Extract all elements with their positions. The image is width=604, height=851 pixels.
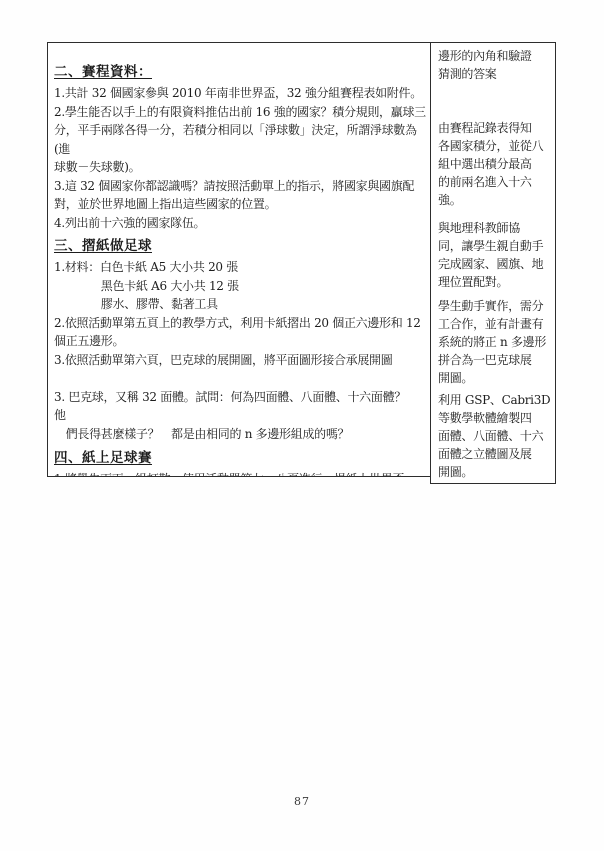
note-geography-collaboration: 與地理科教師協 同，讓學生親自動手 完成國家、國旗、地 理位置配對。 xyxy=(438,219,551,291)
section-paper-folding-soccer: 三、摺紙做足球 1.材料：白色卡紙 A5 大小共 20 張 黑色卡紙 A6 大小… xyxy=(54,237,426,443)
section-schedule-info-body: 1.共計 32 個國家參與 2010 年南非世界盃，32 強分組賽程表如附件。 … xyxy=(54,84,426,232)
scanned-lesson-plan-page: 二、賽程資料： 1.共計 32 個國家參與 2010 年南非世界盃，32 強分組… xyxy=(0,0,604,851)
note-hands-on-work: 學生動手實作，需分 工合作，並有計畫有 系統的將正 n 多邊形 拼合為一巴克球展… xyxy=(438,297,551,387)
section-paper-folding-body: 1.材料：白色卡紙 A5 大小共 20 張 黑色卡紙 A6 大小共 12 張 膠… xyxy=(54,258,426,443)
section-paper-folding-heading: 三、摺紙做足球 xyxy=(54,237,426,256)
note-math-software: 利用 GSP、Cabri3D 等數學軟體繪製四 面體、八面體、十六 面體之立體圖… xyxy=(438,391,551,481)
section-paper-soccer-match: 四、紙上足球賽 1.將學生兩兩一組打散，使用活動單第七、八頁進行一場紙上世界盃吧… xyxy=(54,449,426,477)
section-paper-soccer-body: 1.將學生兩兩一組打散，使用活動單第七、八頁進行一場紙上世界盃吧。 xyxy=(54,470,426,477)
section-paper-soccer-heading: 四、紙上足球賽 xyxy=(54,449,426,468)
page-number: 87 xyxy=(0,795,604,808)
teacher-notes-cell: 邊形的內角和驗證 猜測的答案 由賽程記錄表得知 各國家積分，並從八 組中選出積分… xyxy=(430,42,556,484)
section-schedule-info: 二、賽程資料： 1.共計 32 個國家參與 2010 年南非世界盃，32 強分組… xyxy=(54,63,426,232)
section-schedule-info-heading: 二、賽程資料： xyxy=(54,63,426,82)
lesson-content-cell: 二、賽程資料： 1.共計 32 個國家參與 2010 年南非世界盃，32 強分組… xyxy=(47,42,431,477)
note-score-records: 由賽程記錄表得知 各國家積分，並從八 組中選出積分最高 的前兩名進入十六 強。 xyxy=(438,119,551,209)
note-previous-page-continuation: 邊形的內角和驗證 猜測的答案 xyxy=(438,47,551,83)
